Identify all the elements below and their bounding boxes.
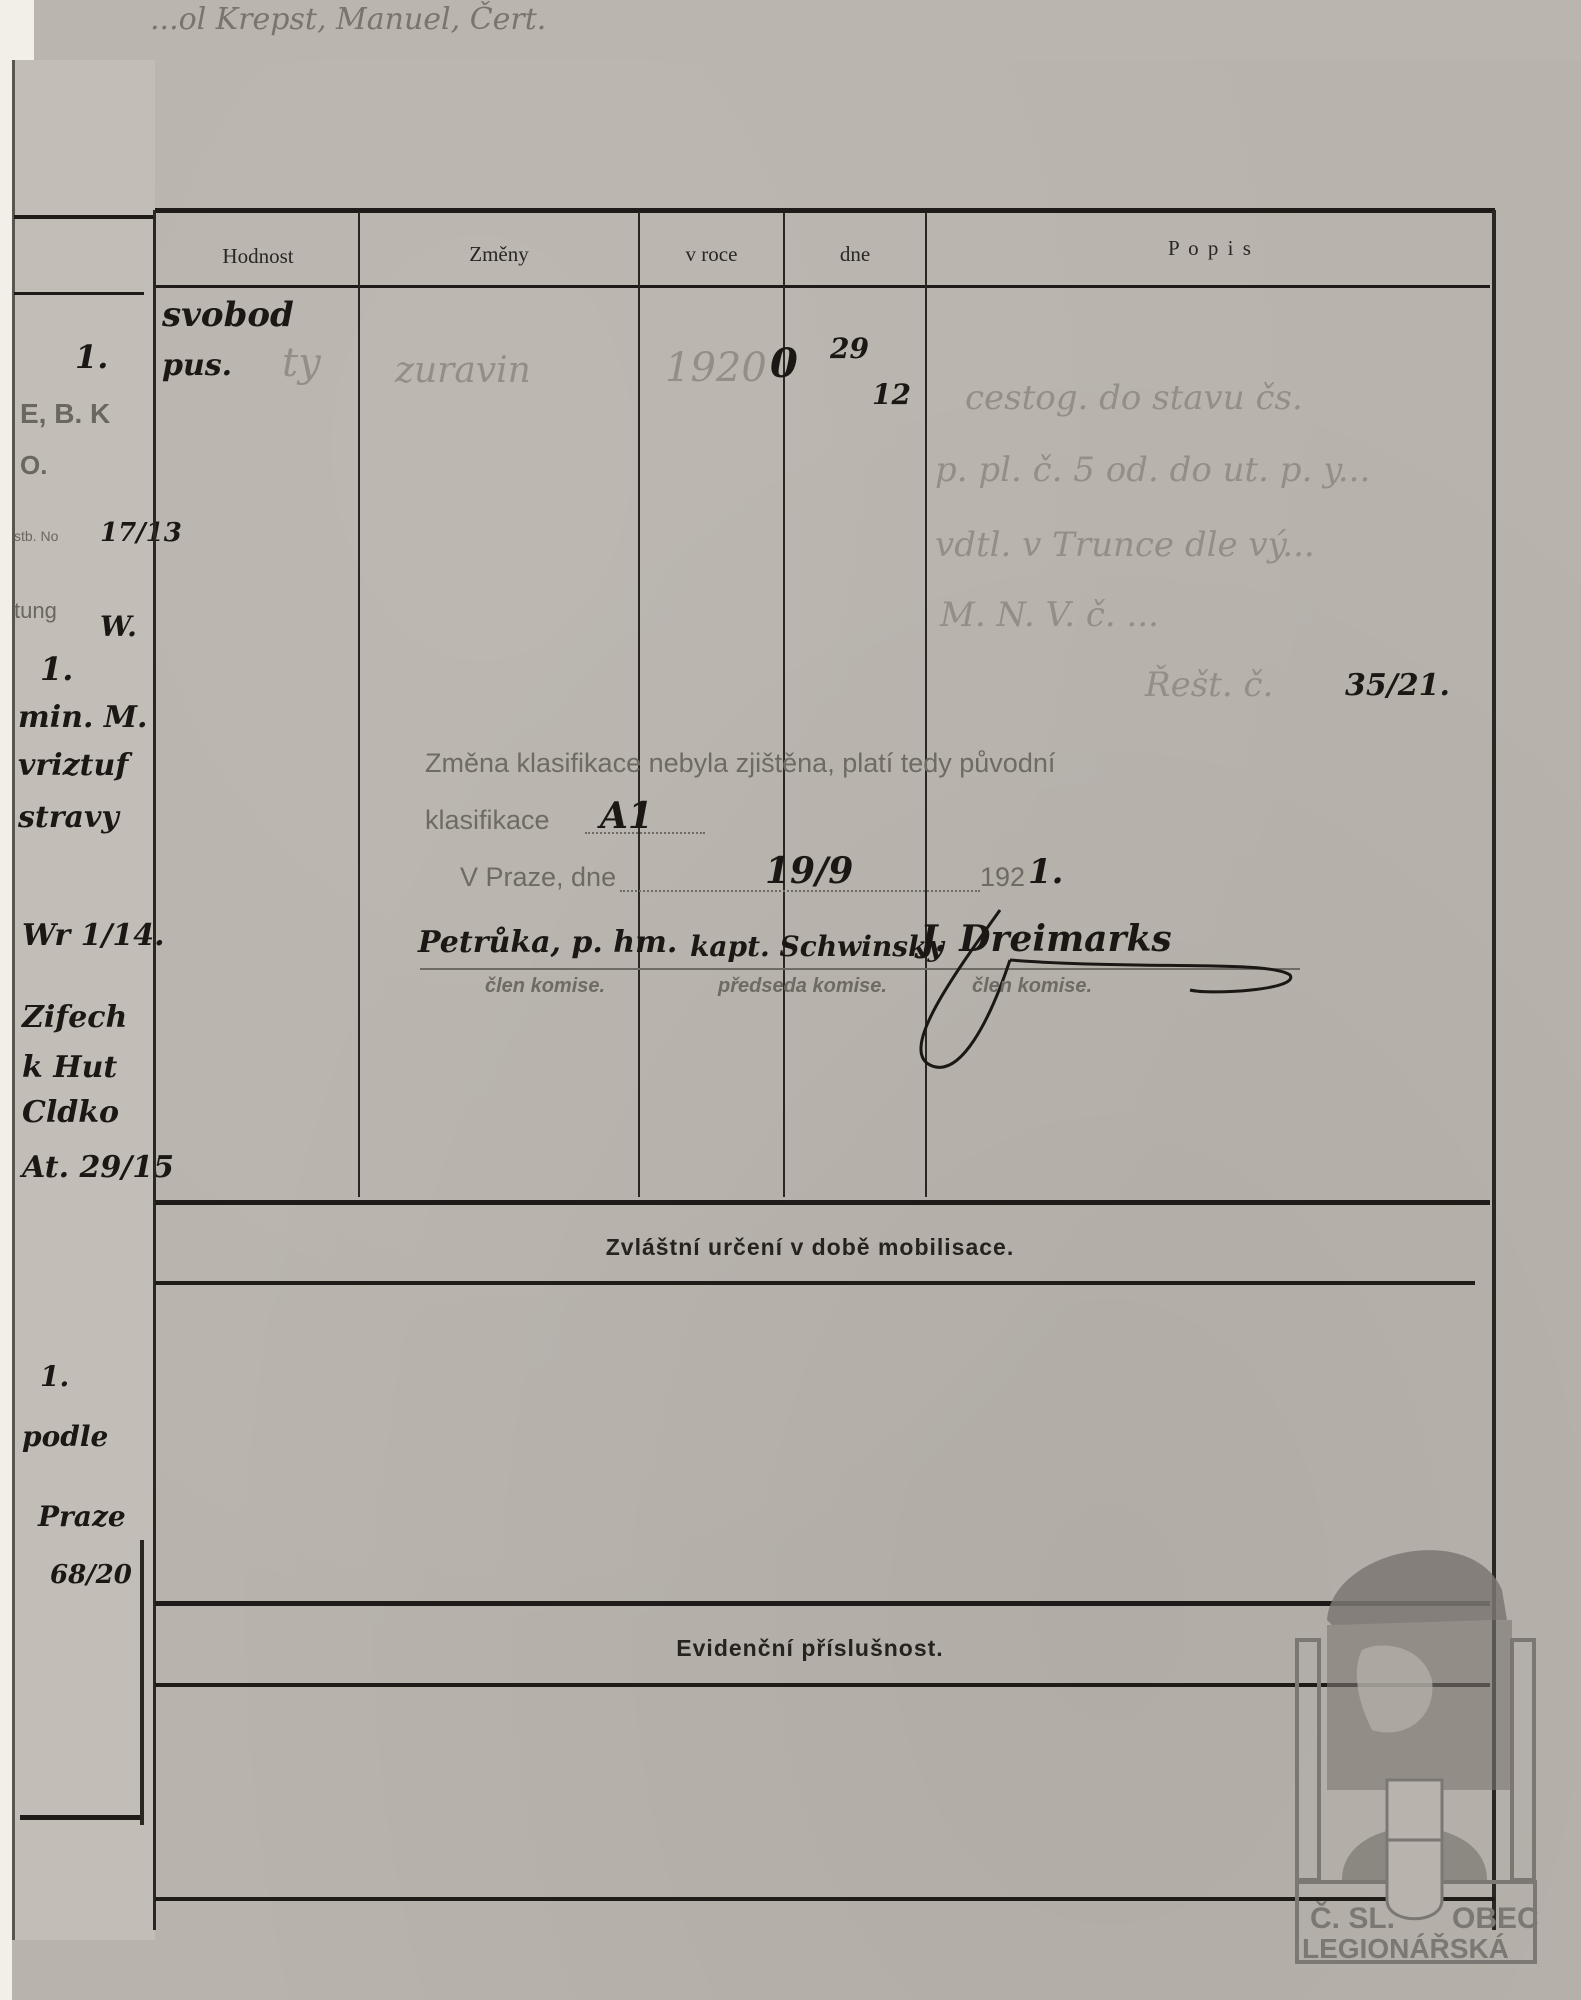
entry-popis-faint: p. pl. č. 5 od. do ut. p. y... xyxy=(935,450,1370,490)
margin-note: 1. xyxy=(40,650,73,688)
entry-dne-bottom: 12 xyxy=(872,378,911,411)
strip-bottom-rule xyxy=(20,1815,140,1820)
entry-popis-reference: 35/21. xyxy=(1345,668,1450,703)
column-header-zmeny: Změny xyxy=(360,242,638,267)
signature-flourish xyxy=(890,900,1310,1080)
entry-zmeny-faint: zuravin xyxy=(395,350,531,391)
header-bottom-rule xyxy=(155,285,1490,288)
watermark-text-right: OBEC xyxy=(1452,1902,1539,1935)
entry-hodnost-line1: svobod xyxy=(162,295,294,335)
margin-printed: stb. No xyxy=(14,528,58,544)
mobilisation-bottom-rule xyxy=(155,1281,1475,1285)
margin-note: vriztuf xyxy=(18,748,128,783)
entry-hodnost-faint: ty xyxy=(282,340,321,386)
margin-note: Zifech xyxy=(22,1000,127,1035)
margin-note: min. M. xyxy=(18,700,148,735)
column-divider xyxy=(358,212,360,1197)
strip-top-rule xyxy=(14,215,154,219)
top-fragment-handwriting: ...ol Krepst, Manuel, Čert. xyxy=(150,2,546,37)
margin-note: 1. xyxy=(40,1360,69,1393)
year-printed: 192 xyxy=(980,862,1025,893)
signature-role-member-1: člen komise. xyxy=(485,975,605,998)
margin-note: 17/13 xyxy=(100,518,182,548)
column-header-v-roce: v roce xyxy=(640,242,783,267)
margin-note: Cldko xyxy=(22,1095,119,1130)
entry-popis-faint: vdtl. v Trunce dle vý... xyxy=(935,525,1315,565)
legion-watermark-logo: Č. SL. OBEC LEGIONÁŘSKÁ xyxy=(1272,1530,1557,1970)
place-date-label: V Praze, dne xyxy=(460,862,616,893)
entry-popis-faint: Řešt. č. xyxy=(1145,665,1273,705)
signature-member-1: Petrůka, p. hm. xyxy=(418,925,677,960)
margin-note: W. xyxy=(100,610,137,643)
signature-role-chairman: předseda komise. xyxy=(718,975,887,998)
margin-note: stravy xyxy=(18,800,119,835)
mobilisation-top-rule xyxy=(155,1200,1490,1205)
date-value: 19/9 xyxy=(765,850,853,892)
mobilisation-section-title: Zvláštní určení v době mobilisace. xyxy=(150,1234,1470,1261)
column-header-dne: dne xyxy=(785,242,925,267)
margin-printed: tung xyxy=(14,598,57,624)
strip-bottom-vline xyxy=(140,1540,144,1825)
watermark-text-bottom: LEGIONÁŘSKÁ xyxy=(1302,1933,1509,1964)
signature-role-member-2: člen komise. xyxy=(972,975,1092,998)
entry-v-roce-ink: 0 xyxy=(770,340,798,387)
entry-hodnost-line2: pus. xyxy=(162,348,232,383)
column-header-hodnost: Hodnost xyxy=(158,244,358,269)
entry-v-roce-faint: 1920 xyxy=(665,345,767,391)
entry-dne-top: 29 xyxy=(830,332,869,365)
column-header-popis: P o p i s xyxy=(928,236,1493,261)
entry-popis-faint: cestog. do stavu čs. xyxy=(965,378,1303,418)
margin-printed: E, B. K xyxy=(20,398,110,430)
classification-text: Změna klasifikace nebyla zjištěna, platí… xyxy=(425,748,1055,779)
margin-note: 1. xyxy=(75,338,108,376)
strip-rule xyxy=(14,292,144,295)
margin-note: podle xyxy=(22,1420,108,1453)
year-handwritten: 1. xyxy=(1028,852,1064,892)
margin-note: k Hut xyxy=(22,1050,117,1085)
classification-label: klasifikace xyxy=(425,805,550,836)
table-left-border xyxy=(153,210,156,1930)
column-divider xyxy=(638,212,640,1197)
classification-value: A1 xyxy=(600,795,653,837)
table-top-rule xyxy=(155,208,1495,213)
margin-note: 68/20 xyxy=(50,1560,132,1590)
margin-note: At. 29/15 xyxy=(22,1150,174,1185)
margin-note: Wr 1/14. xyxy=(22,918,165,953)
watermark-text-left: Č. SL. xyxy=(1310,1901,1395,1935)
margin-printed: O. xyxy=(20,450,47,481)
margin-note: Praze xyxy=(38,1500,126,1533)
entry-popis-faint: M. N. V. č. ... xyxy=(940,595,1159,635)
